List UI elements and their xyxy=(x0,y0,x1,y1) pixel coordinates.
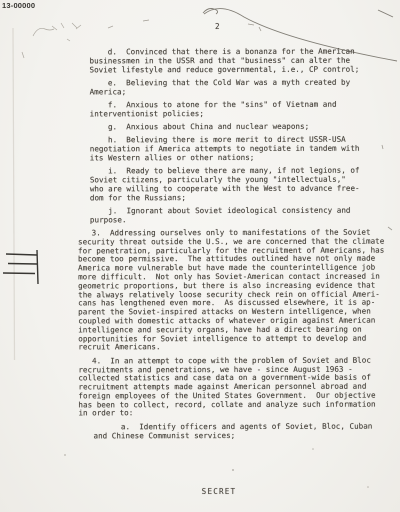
document-body: d. Convinced that there is a bonanza for… xyxy=(77,48,398,446)
paragraph-g: g. Anxious about China and nuclear weapo… xyxy=(90,123,398,133)
scanned-document-page: 13-00000 xyxy=(0,0,400,512)
margin-bracket-mark xyxy=(3,250,38,284)
paragraph-d: d. Convinced that there is a bonanza for… xyxy=(89,48,397,75)
paragraph-j: j. Ignorant about Soviet ideological con… xyxy=(90,207,398,225)
paragraph-h: h. Believing there is more merit to dire… xyxy=(90,136,398,163)
paragraph-3: 3. Addressing ourselves only to manifest… xyxy=(78,229,398,353)
scan-specks xyxy=(64,448,369,488)
paper-fold-line xyxy=(13,28,15,360)
paragraph-e: e. Believing that the Cold War was a myt… xyxy=(90,78,398,96)
paragraph-4a: a. Identify officers and agents of Sovie… xyxy=(93,422,398,440)
paragraph-4: 4. In an attempt to cope with the proble… xyxy=(78,356,398,418)
paragraph-f: f. Anxious to atone for the "sins" of Vi… xyxy=(90,101,398,119)
document-id-stamp: 13-00000 xyxy=(2,1,35,10)
paragraph-i: i. Ready to believe there are many, if n… xyxy=(90,167,398,203)
page-number: 2 xyxy=(215,22,220,31)
classification-footer: SECRET xyxy=(202,487,237,496)
